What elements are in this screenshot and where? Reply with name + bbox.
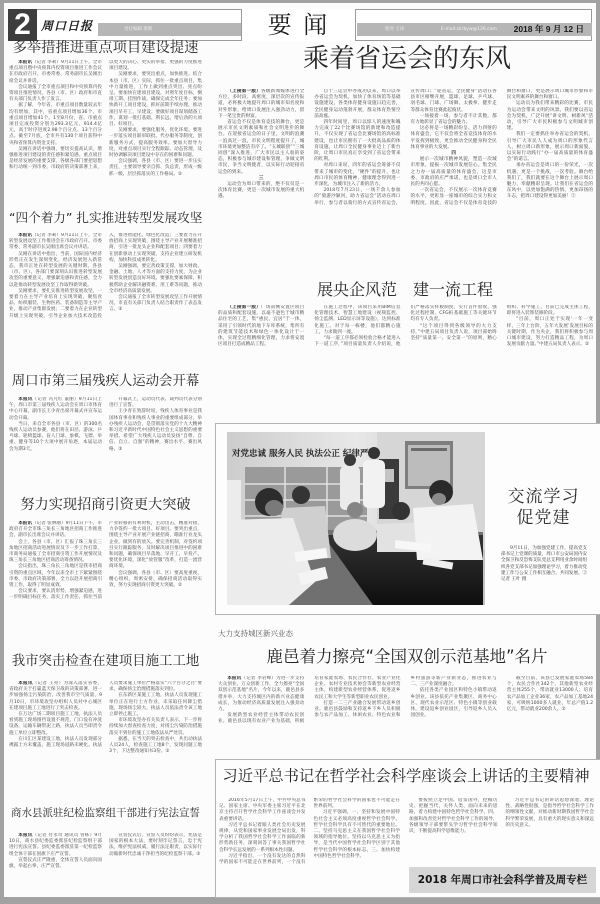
article-paragraph: 会议强调，各县（市、区）要高度重视，精心组织，周密安排，确保招商活动取得实效，努…: [109, 571, 202, 590]
headline: 商水县派驻纪检监察组干部进行宪法宣誓: [9, 807, 202, 819]
article-body: （上接第一版）广场南侧安置区项目的品质和配套设施，以毫不逊色于城市精品住宅的工艺…: [218, 305, 593, 373]
article-paragraph: 省运会不仅是体育竞技的舞台，更是展示市民文明素质和社会文明进步的舞台。在迎接省运…: [218, 120, 304, 176]
feature-headline: 习近平总书记在哲学社会科学座谈会上讲话的主要精神: [216, 768, 596, 786]
article-paragraph: 吴刚要求，要强化服务，优化环境。要进一步落实项目联审联批、代办服务等制度，创新服…: [109, 128, 202, 159]
article-paragraph: 对周口来说，四年的省运会筹备不仅带来了城市的变化，“硬件”的提升，也让周口市民的…: [314, 163, 400, 188]
article-paragraph: 当日，来自全市各县（市、区）的300名残疾人运动员参赛，他们将在田径、游泳、乒乓…: [9, 422, 102, 453]
article-paragraph: 宣誓仪式庄严隆重，全体宣誓人员面向国旗，举起右拳，庄严宣誓。: [9, 858, 102, 870]
article-constitution-oath[interactable]: 商水县派驻纪检监察组干部进行宪法宣誓 本报讯（记者 付永奇 通讯员 曾栋）9月1…: [9, 804, 202, 895]
article-paragraph: 吴刚在讲话中指出，当前，国际国内经济形势正在发生深刻变化，经济发展进入新常态，我…: [9, 252, 102, 289]
feature-box-social-science[interactable]: 习近平总书记在哲学社会科学座谈会上讲话的主要精神 2016年5月17日上午，中共…: [215, 759, 600, 898]
article-soe-project[interactable]: 展央企风范 建一流工程 （上接第一版）广场南侧安置区项目的品质和配套设施，以毫不…: [216, 278, 594, 375]
article-paragraph: 习近平强调，一、坚持和发展中国特色社会主义必须高度重视哲学社会科学。哲学社会科学…: [314, 810, 401, 860]
dateline: 本报讯: [18, 521, 32, 526]
article-paragraph: 本报讯（记者 李莉）9月11日上午，全市转型发展攻坚工作推进会在市政府召开。市委…: [9, 233, 102, 252]
header-left-bar: 责任编辑 梁辉: [98, 23, 241, 36]
dateline: 本报讯: [18, 833, 32, 838]
headline: 努力实现招商引资更大突破: [9, 497, 202, 513]
article-paragraph: 2016年5月17日上午，中共中央总书记、国家主席、中央军委主席习近平在北京主持…: [219, 798, 306, 823]
article-paragraph: 截至目前，该县已发展家庭农场584个，农民合作社342个，其他新型农业经营主体2…: [507, 676, 593, 713]
dateline: （上接第一版）: [227, 89, 261, 94]
article-paragraph: 这必将是一场精彩纷呈、活力四射的体育盛会，它不仅会将全省竞技体育的水平发挥到极致…: [411, 126, 497, 151]
article-luyi-innovation[interactable]: 大力支持城区新兴业态 鹿邑着力擦亮“全国双创示范基地”名片 本报讯（记者 李岩峰…: [216, 626, 594, 748]
article-paragraph: 本报讯（记者 王亮）为深入落实省委、省政府关于打赢蓝天保卫战的决策部署，进一步加…: [9, 681, 102, 712]
section-title: 要 闻: [241, 9, 356, 41]
paper-logo: 周口日报: [41, 18, 93, 34]
article-paragraph: 本报讯（记者 张林丽）9月11日下午，市政府召开全市珠三角长三角地区招商工作推进…: [9, 521, 102, 540]
lead-headline: 乘着省运会的东风: [216, 45, 598, 75]
news-photo: 对党忠诚 服务人民 执法公正 纪律严明: [227, 432, 485, 605]
headline: 展央企风范 建一流工程: [216, 281, 594, 299]
issue-date: 2018 年 9 月 12 日: [514, 23, 584, 36]
article-paragraph: 在施工过程中，该项目采用BIM信息化管理技术、智慧工地建设（视频监控、扬尘监测、…: [314, 305, 400, 336]
header-right-bar: 校对 王冰 E-mail:zkrbyw@126.com 2018 年 9 月 1…: [357, 23, 592, 36]
article-paragraph: 习近平总书记着眼人类社会历史发展规律，从党和国家事业发展全局出发，科学分析了我国…: [219, 823, 306, 854]
article-provincial-games[interactable]: 乘着省运会的东风 （上接第一版）各级新闻媒体进行全方位、多时段、高密度、深层次的…: [216, 44, 594, 275]
article-paragraph: 一场接着一场，参与者不计其数，都有力地彰显了省运会的魅力。: [411, 114, 497, 126]
article-paragraph: 在万达广场二期项目施工工地，执法人员看到施工现场围挡设置不规范，门口没有冲洗设备…: [9, 712, 102, 737]
headline: 我市突击检查在建项目施工工地: [9, 654, 202, 669]
article-body: 本报讯（记者 冯凡红 董丽）9月11日上午，周口市第三届残疾人运动会在周口市体育…: [9, 397, 202, 485]
proofreader-credit: 校对 王冰: [385, 23, 404, 36]
page-number: 2: [8, 9, 37, 41]
article-paragraph: （上接第一版）各级新闻媒体进行全方位、多时段、高密度、深层次的宣传报道，必将极大…: [218, 89, 304, 120]
article-kicker: 大力支持城区新兴业态: [218, 629, 293, 638]
dateline: 本报讯: [18, 397, 32, 402]
article-paragraph: “目前，周口正处于实现‘一年一变样，三年上台阶，五年大发展’发展目标的关键时期，…: [507, 317, 593, 348]
article-paragraph: 市环境攻坚办有关负责人表示，下一步将持续加大督查检查力度，对扬尘污染防治措施落实…: [109, 718, 202, 737]
article-body: 本报讯（记者 李莉）9月11日上午，全市重点项目暨中央预算内投资项目推进工作会议…: [9, 60, 202, 208]
article-paragraph: 运动员为我们带来精彩的比赛，市民为运动会带来文明的风景。我们要以省运会为契机，广…: [507, 101, 593, 132]
article-body: 本报讯（记者 张林丽）9月11日下午，市政府召开全市珠三角长三角地区招商工作推进…: [9, 521, 202, 649]
article-paragraph: 运动会为周口带来的，绝不仅仅是一次体育比赛，更是一次城市发展的重大机遇。: [218, 182, 304, 201]
photo-slogan: 对党忠诚 服务人民 执法公正 纪律严明: [231, 448, 377, 459]
article-paragraph: 依托各类产业园区和特色小镇带动返乡创业。该县依托产业集聚区、商务中心区、现代农业…: [411, 688, 497, 719]
article-paragraph: 据了解，今年省、市重点项目数量较去年均有增加，其中，省重点项目增加36个，市重点…: [9, 103, 102, 146]
article-body: 本报讯（记者 李岩峰）为进一步支持大众创业、万众创新工作，全力擦亮“全国双创示范…: [218, 676, 593, 744]
headline: 鹿邑着力擦亮“全国双创示范基地”名片: [216, 648, 598, 667]
dateline: 本报讯: [18, 233, 32, 238]
dateline: 本报讯: [227, 676, 241, 681]
feature-body-right: 要按照立足中国、借鉴国外，挖掘历史、把握当代，关怀人类、面向未来的思路，着力构建…: [409, 798, 594, 862]
headline: “四个着力” 扎实推进转型发展攻坚: [9, 211, 202, 225]
column-label: 2018 年周口市社会科学普及周专栏: [409, 867, 596, 893]
feature-body-left: 2016年5月17日上午，中共中央总书记、国家主席、中央军委主席习近平在北京主持…: [219, 798, 400, 894]
article-body: 本报讯（记者 付永奇 通讯员 曾栋）9月10日，商水县纪委监委派驻纪检监察组干部…: [9, 833, 202, 893]
article-paragraph: （上接第一版）广场南侧安置区项目的品质和配套设施，以毫不逊色于城市精品住宅的工艺…: [218, 305, 304, 348]
article-body: 本报讯（记者 王亮）为深入落实省委、省政府关于打赢蓝天保卫战的决策部署，进一步加…: [9, 681, 202, 801]
article-paragraph: 在东新区某施工工地，执法人员发现施工单位正在进行土方作业，未采取任何降尘措施，现…: [109, 693, 202, 718]
photo-caption-title-line1: 交流学习: [496, 487, 591, 508]
article-paragraph: 吴刚要求，要突出重点，加快推进。结合本县（市、区）实际，抓住一批重点项目，集中力…: [109, 72, 202, 128]
dateline: （上接第一版）: [227, 305, 261, 310]
article-paragraph: 习近平总书记的讲话思想深邃、理论性、战略性很强，是指导哲学社会科学工作的纲领性文…: [506, 798, 595, 829]
article-paragraph: 本报讯（记者 冯凡红 董丽）9月11日上午，周口市第三届残疾人运动会在周口市体育…: [9, 397, 102, 422]
article-paragraph: 宣誓仪式后，宣誓人员纷纷表示，宪法是国家的根本大法，要时刻牢记誓言，忠于宪法，维…: [109, 833, 202, 858]
article-paragraph: 要按照立足中国、借鉴国外，挖掘历史、把握当代，关怀人类、面向未来的思路，着力构建…: [409, 798, 498, 835]
article-paragraph: 会议强调，各县（市、区）要进一步压实责任，主要领导要亲自抓、负总责，形成一级抓一…: [109, 159, 202, 178]
article-paragraph: 吴刚强调，要完善政策支撑，加大财政、金融、土地、人才等方面的支持力度，为企业转型…: [109, 264, 202, 295]
article-paragraph: 会议通报了全市转型发展攻坚工作开展情况，市直有关部门负责人结合职责作了表态发言。…: [109, 295, 202, 314]
article-paragraph: 四年时间里，周口以惊人的速度和魄力完成了22个比赛场馆的新建和改造提升，不仅实现…: [314, 120, 400, 163]
article-paragraph: 王少青在致辞时说，残疾人体育事业是我国体育事业和残疾人事业的重要组成部分，举办残…: [109, 409, 202, 452]
article-body: （上接第一版）各级新闻媒体进行全方位、多时段、高密度、深层次的宣传报道，必将极大…: [218, 89, 593, 273]
article-paragraph: 本报讯（记者 李莉）9月11日上午，全市重点项目暨中央预算内投资项目推进工作会议…: [9, 60, 102, 85]
article-paragraph: 承办省运会是周口的一份荣光，一次机遇，更是一个挑战，一次考验。舞台给我们了，我们…: [507, 163, 593, 200]
article-investment[interactable]: 努力实现招商引资更大突破 本报讯（记者 张林丽）9月11日下午，市政府召开全市珠…: [9, 495, 202, 650]
photo-caption-title-line2: 促党建: [496, 508, 591, 529]
photo-caption-text: 9月11日，为加强党建工作，提高党支部书记上党课的质量，周口市公安局国内安全保卫…: [501, 546, 587, 583]
article-paragraph: 会议通报了全市重点项目和中央预算内投资项目推进情况，各县（市、区）政府和市直有关…: [9, 85, 102, 104]
article-body: 本报讯（记者 李莉）9月11日上午，全市转型发展攻坚工作推进会在市政府召开。市委…: [9, 233, 202, 371]
article-paragraph: 开幕式上，运动员代表、裁判员代表分别进行了宣誓。: [109, 397, 202, 409]
article-four-efforts[interactable]: “四个着力” 扎实推进转型发展攻坚 本报讯（记者 李莉）9月11日上午，全市转型…: [9, 210, 202, 372]
article-paragraph: 据悉，在当天的突击检查中，共出动执法人员24人，检查施工工地8个，发现问题工地3…: [109, 737, 202, 756]
article-paragraph: 会议指出，珠三角长三角地区是我市招商引资的重点区域，今年以来全市上下紧紧围绕市委…: [9, 564, 102, 589]
editor-credit: 责任编辑 梁辉: [124, 23, 152, 36]
photo-feature[interactable]: 对党忠诚 服务人民 执法公正 纪律严明: [215, 423, 600, 615]
article-key-projects[interactable]: 多举措推进重点项目建设提速 本报讯（记者 李莉）9月11日上午，全市重点项目暨中…: [9, 40, 202, 208]
article-paragraph: 会上，各县（市、区）汇报了珠三角长三角地区招商活动进展情况及下一步工作打算，市商…: [9, 540, 102, 565]
article-site-inspection[interactable]: 我市突击检查在建项目施工工地 本报讯（记者 王亮）为深入落实省委、省政府关于打赢…: [9, 652, 202, 802]
dateline: 本报讯: [18, 60, 32, 65]
headline: 周口市第三届残疾人运动会开幕: [9, 374, 202, 389]
article-paragraph: 本报讯（记者 付永奇 通讯员 曾栋）9月10日，商水县纪委监委派驻纪检监察组干部…: [9, 833, 102, 858]
article-paragraph: 展示一次城市精神风貌，塑造一次城市形象，提振一次城市发展信心。集全民之力办一届高…: [411, 157, 497, 188]
article-paragraph: 本报讯（记者 李岩峰）为进一步支持大众创业、万众创新工作，全力擦亮“全国双创示范…: [218, 676, 304, 713]
newspaper-page: 2 周口日报 责任编辑 梁辉 要 闻 校对 王冰 E-mail:zkrbyw@1…: [0, 0, 600, 904]
article-paragraph: 自十三运会申办成功以来，周口以举办省运会为契机，加快了体育场馆等基础设施建设，各…: [314, 89, 400, 120]
headline: 多举措推进重点项目建设提速: [9, 40, 202, 56]
article-paragraph: 我们一定要抓住举办省运会的契机，引导广大市民人人成为周口的形象代言人，树立周口新…: [507, 132, 593, 163]
email: E-mail:zkrbyw@126.com: [441, 23, 497, 36]
dateline: 本报讯: [18, 681, 33, 686]
article-disabled-games[interactable]: 周口市第三届残疾人运动会开幕 本报讯（记者 冯凡红 董丽）9月11日上午，周口市…: [9, 373, 202, 486]
